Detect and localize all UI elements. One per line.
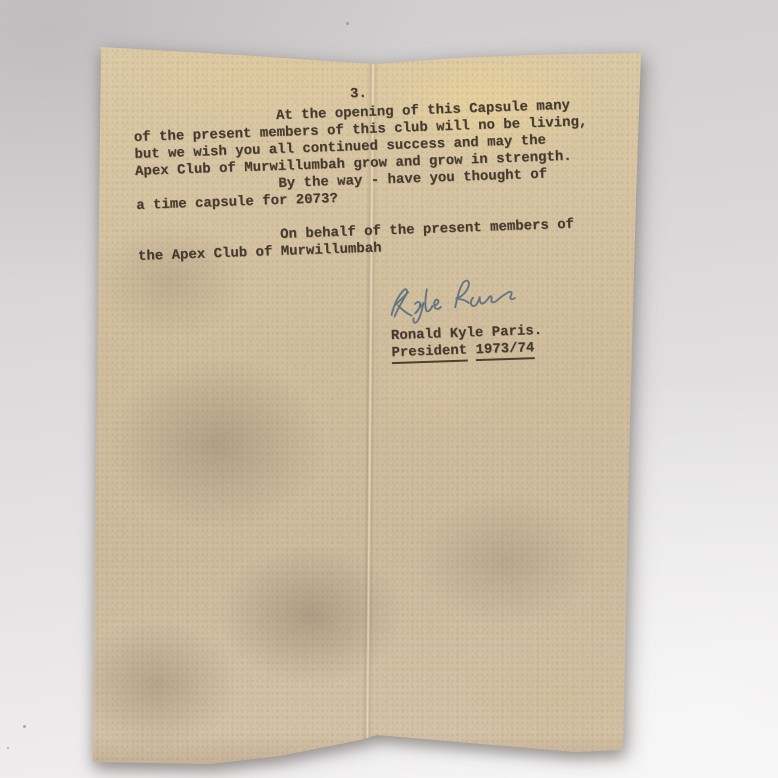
letter-body: At the opening of this Capsule many of t…: [133, 95, 663, 413]
signature-ink-strokes: [384, 271, 520, 331]
handwritten-signature: [384, 271, 520, 331]
letter-paper: 3. At the opening of this Capsule many o…: [0, 0, 778, 778]
page-number: 3.: [350, 86, 367, 103]
letter-paper-shadow: 3. At the opening of this Capsule many o…: [0, 0, 778, 778]
signer-block: Ronald Kyle Paris. President 1973/74: [391, 323, 543, 362]
photo-scene: 3. At the opening of this Capsule many o…: [0, 0, 778, 778]
signer-title: President: [391, 342, 467, 364]
signer-term: 1973/74: [475, 340, 534, 361]
